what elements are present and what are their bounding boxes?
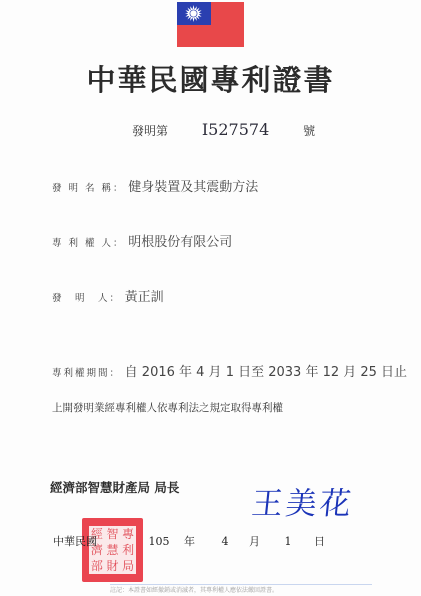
patent-number: I527574 — [202, 120, 269, 139]
seal-char: 局 — [120, 558, 136, 574]
grant-statement: 上開發明業經專利權人依專利法之規定取得專利權 — [52, 400, 283, 415]
date-year: 105 — [149, 535, 181, 548]
field-inventor: 發 明 人： 黃正訓 — [52, 286, 164, 305]
certificate-suffix: 號 — [303, 124, 315, 138]
field-patentee: 專 利 權 人： 明根股份有限公司 — [52, 231, 232, 250]
field-invention-title: 發 明 名 稱： 健身裝置及其震動方法 — [52, 176, 258, 195]
certificate-number-line: 發明第 I527574 號 — [132, 120, 315, 139]
field-label: 發 明 名 稱： — [52, 183, 125, 194]
flag-canton — [177, 2, 211, 25]
field-value: 黃正訓 — [125, 290, 164, 305]
seal-char: 財 — [105, 558, 121, 574]
date-month: 4 — [222, 535, 246, 548]
director-signature: 王美花 — [250, 478, 357, 523]
certificate-title: 中華民國專利證書 — [0, 58, 421, 99]
official-seal: 經 智 專 濟 慧 利 部 財 局 — [82, 518, 143, 582]
national-flag — [177, 2, 244, 47]
field-value: 健身裝置及其震動方法 — [128, 180, 258, 195]
field-value: 自 2016 年 4 月 1 日至 2033 年 12 月 25 日止 — [125, 365, 407, 380]
field-label: 專 利 權 人： — [52, 238, 125, 249]
date-month-unit: 月 — [249, 533, 281, 549]
date-day: 1 — [285, 535, 311, 548]
date-day-unit: 日 — [314, 533, 325, 549]
field-patent-term: 專利權期間： 自 2016 年 4 月 1 日至 2033 年 12 月 25 … — [52, 361, 407, 380]
certificate-prefix: 發明第 — [132, 124, 168, 138]
seal-char: 部 — [89, 558, 105, 574]
footnote: 註記：本證書如經撤銷或消滅者，其專利權人應依法繳回證書。 — [110, 585, 278, 594]
white-sun-icon — [185, 5, 202, 22]
issue-date: 中華民國 105 年 4 月 1 日 — [53, 533, 325, 549]
date-era: 中華民國 — [53, 533, 145, 549]
field-value: 明根股份有限公司 — [128, 235, 232, 250]
field-label: 專利權期間： — [52, 368, 121, 379]
issuing-authority: 經濟部智慧財產局 局長 — [50, 478, 179, 496]
field-label: 發 明 人： — [52, 293, 121, 304]
date-year-unit: 年 — [184, 533, 218, 549]
